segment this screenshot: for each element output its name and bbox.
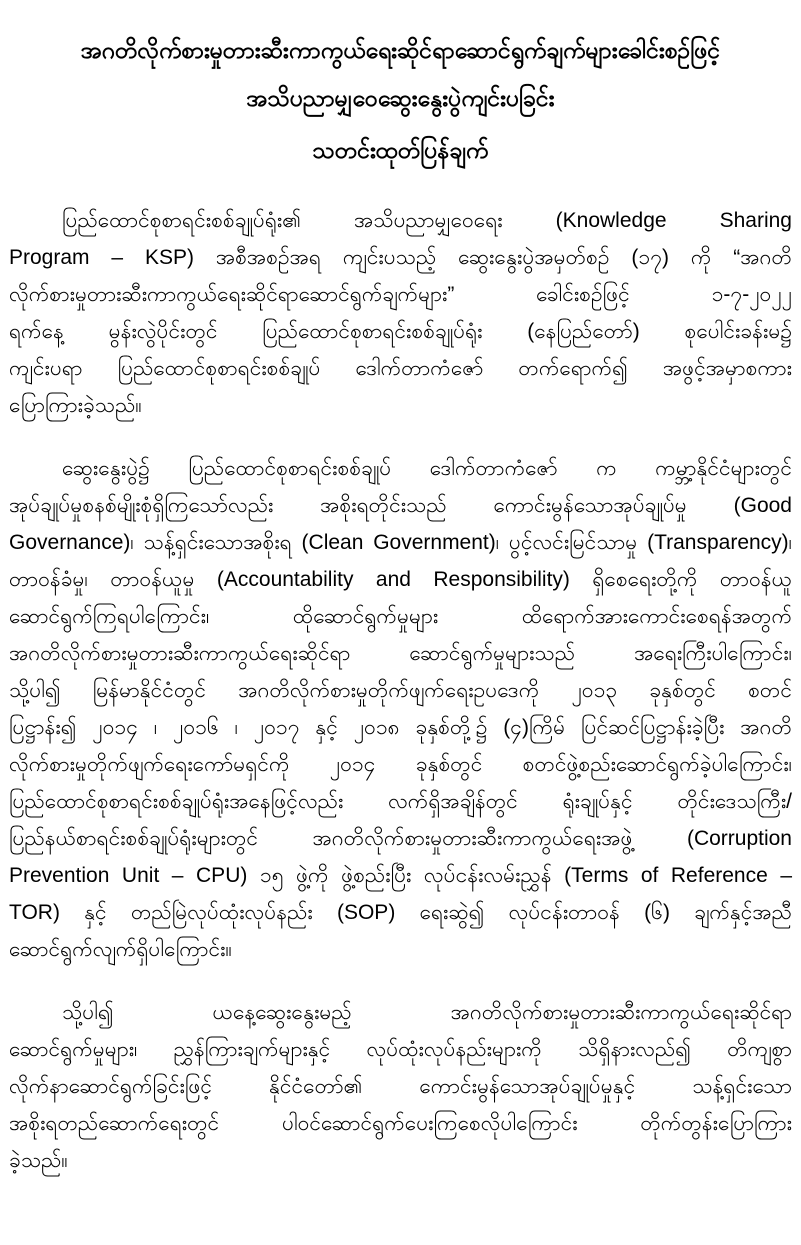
text-line: Prevention Unit – CPU) ၁၅ ဖွဲ့ကို ဖွဲ့စည… [9,857,792,894]
document-body: ပြည်ထောင်စုစာရင်းစစ်ချုပ်ရုံး၏ အသိပညာမျှ… [9,202,792,1179]
text-line: အစိုးရတည်ဆောက်ရေးတွင် ပါဝင်ဆောင်ရွက်ပေးက… [9,1105,792,1142]
text-line: ပြည်နယ်စာရင်းစစ်ချုပ်ရုံးများတွင် အဂတိလိ… [9,820,792,857]
paragraph: ပြည်ထောင်စုစာရင်းစစ်ချုပ်ရုံး၏ အသိပညာမျှ… [9,202,792,424]
text-line: လိုက်စားမှုတိုက်ဖျက်ရေးကော်မရှင်ကို ၂၀၁၄… [9,746,792,783]
text-line: အဂတိလိုက်စားမှုတားဆီးကာကွယ်ရေးဆိုင်ရာ ဆေ… [9,635,792,672]
document-title: အဂတိလိုက်စားမှုတားဆီးကာကွယ်ရေးဆိုင်ရာဆော… [9,26,792,174]
text-line: သို့ပါ၍ ယနေ့ဆွေးနွေးမည့် အဂတိလိုက်စားမှု… [9,994,792,1031]
document-page: အဂတိလိုက်စားမှုတားဆီးကာကွယ်ရေးဆိုင်ရာဆော… [0,0,801,1245]
text-line: ပြည်ထောင်စုစာရင်းစစ်ချုပ်ရုံးအနေဖြင့်လည်… [9,783,792,820]
text-line: ဆောင်ရွက်မှုများ၊ ညွှန်ကြားချက်များနှင့်… [9,1031,792,1068]
text-line: သို့ပါ၍ မြန်မာနိုင်ငံတွင် အဂတိလိုက်စားမှ… [9,672,792,709]
paragraph: ဆွေးနွေးပွဲ၌ ပြည်ထောင်စုစာရင်းစစ်ချုပ် ဒ… [9,450,792,968]
text-line: ဆွေးနွေးပွဲ၌ ပြည်ထောင်စုစာရင်းစစ်ချုပ် ဒ… [9,450,792,487]
text-line: ရက်နေ့ မွန်းလွဲပိုင်းတွင် ပြည်ထောင်စုစာရ… [9,313,792,350]
title-line-3: သတင်းထုတ်ပြန်ချက် [9,126,792,174]
text-line: ဆောင်ရွက်လျက်ရှိပါကြောင်း။ [9,931,792,968]
text-line: Program – KSP) အစီအစဉ်အရ ကျင်းပသည့် ဆွေး… [9,239,792,276]
text-line: လိုက်နာဆောင်ရွက်ခြင်းဖြင့် နိုင်ငံတော်၏ … [9,1068,792,1105]
text-line: တာဝန်ခံမှု၊ တာဝန်ယူမှု (Accountability a… [9,561,792,598]
text-line: လိုက်စားမှုတားဆီးကာကွယ်ရေးဆိုင်ရာဆောင်ရွ… [9,276,792,313]
text-line: TOR) နှင့် တည်မြဲလုပ်ထုံးလုပ်နည်း (SOP) … [9,894,792,931]
text-line: ပြည်ထောင်စုစာရင်းစစ်ချုပ်ရုံး၏ အသိပညာမျှ… [9,202,792,239]
text-line: ကျင်းပရာ ပြည်ထောင်စုစာရင်းစစ်ချုပ် ဒေါက်… [9,350,792,387]
text-line: ခဲ့သည်။ [9,1142,792,1179]
text-line: Governance)၊ သန့်ရှင်းသောအစိုးရ (Clean G… [9,524,792,561]
text-line: အုပ်ချုပ်မှုစနစ်မျိုးစုံရှိကြသော်လည်း အစ… [9,487,792,524]
text-line: ပြောကြားခဲ့သည်။ [9,387,792,424]
text-line: ပြဋ္ဌာန်း၍ ၂၀၁၄ ၊ ၂၀၁၆ ၊ ၂၀၁၇ နှင့် ၂၀၁၈… [9,709,792,746]
title-line-1: အဂတိလိုက်စားမှုတားဆီးကာကွယ်ရေးဆိုင်ရာဆော… [9,26,792,74]
title-line-2: အသိပညာမျှဝေဆွေးနွေးပွဲကျင်းပခြင်း [9,74,792,122]
paragraph: သို့ပါ၍ ယနေ့ဆွေးနွေးမည့် အဂတိလိုက်စားမှု… [9,994,792,1179]
text-line: ဆောင်ရွက်ကြရပါကြောင်း၊ ထိုဆောင်ရွက်မှုမျ… [9,598,792,635]
